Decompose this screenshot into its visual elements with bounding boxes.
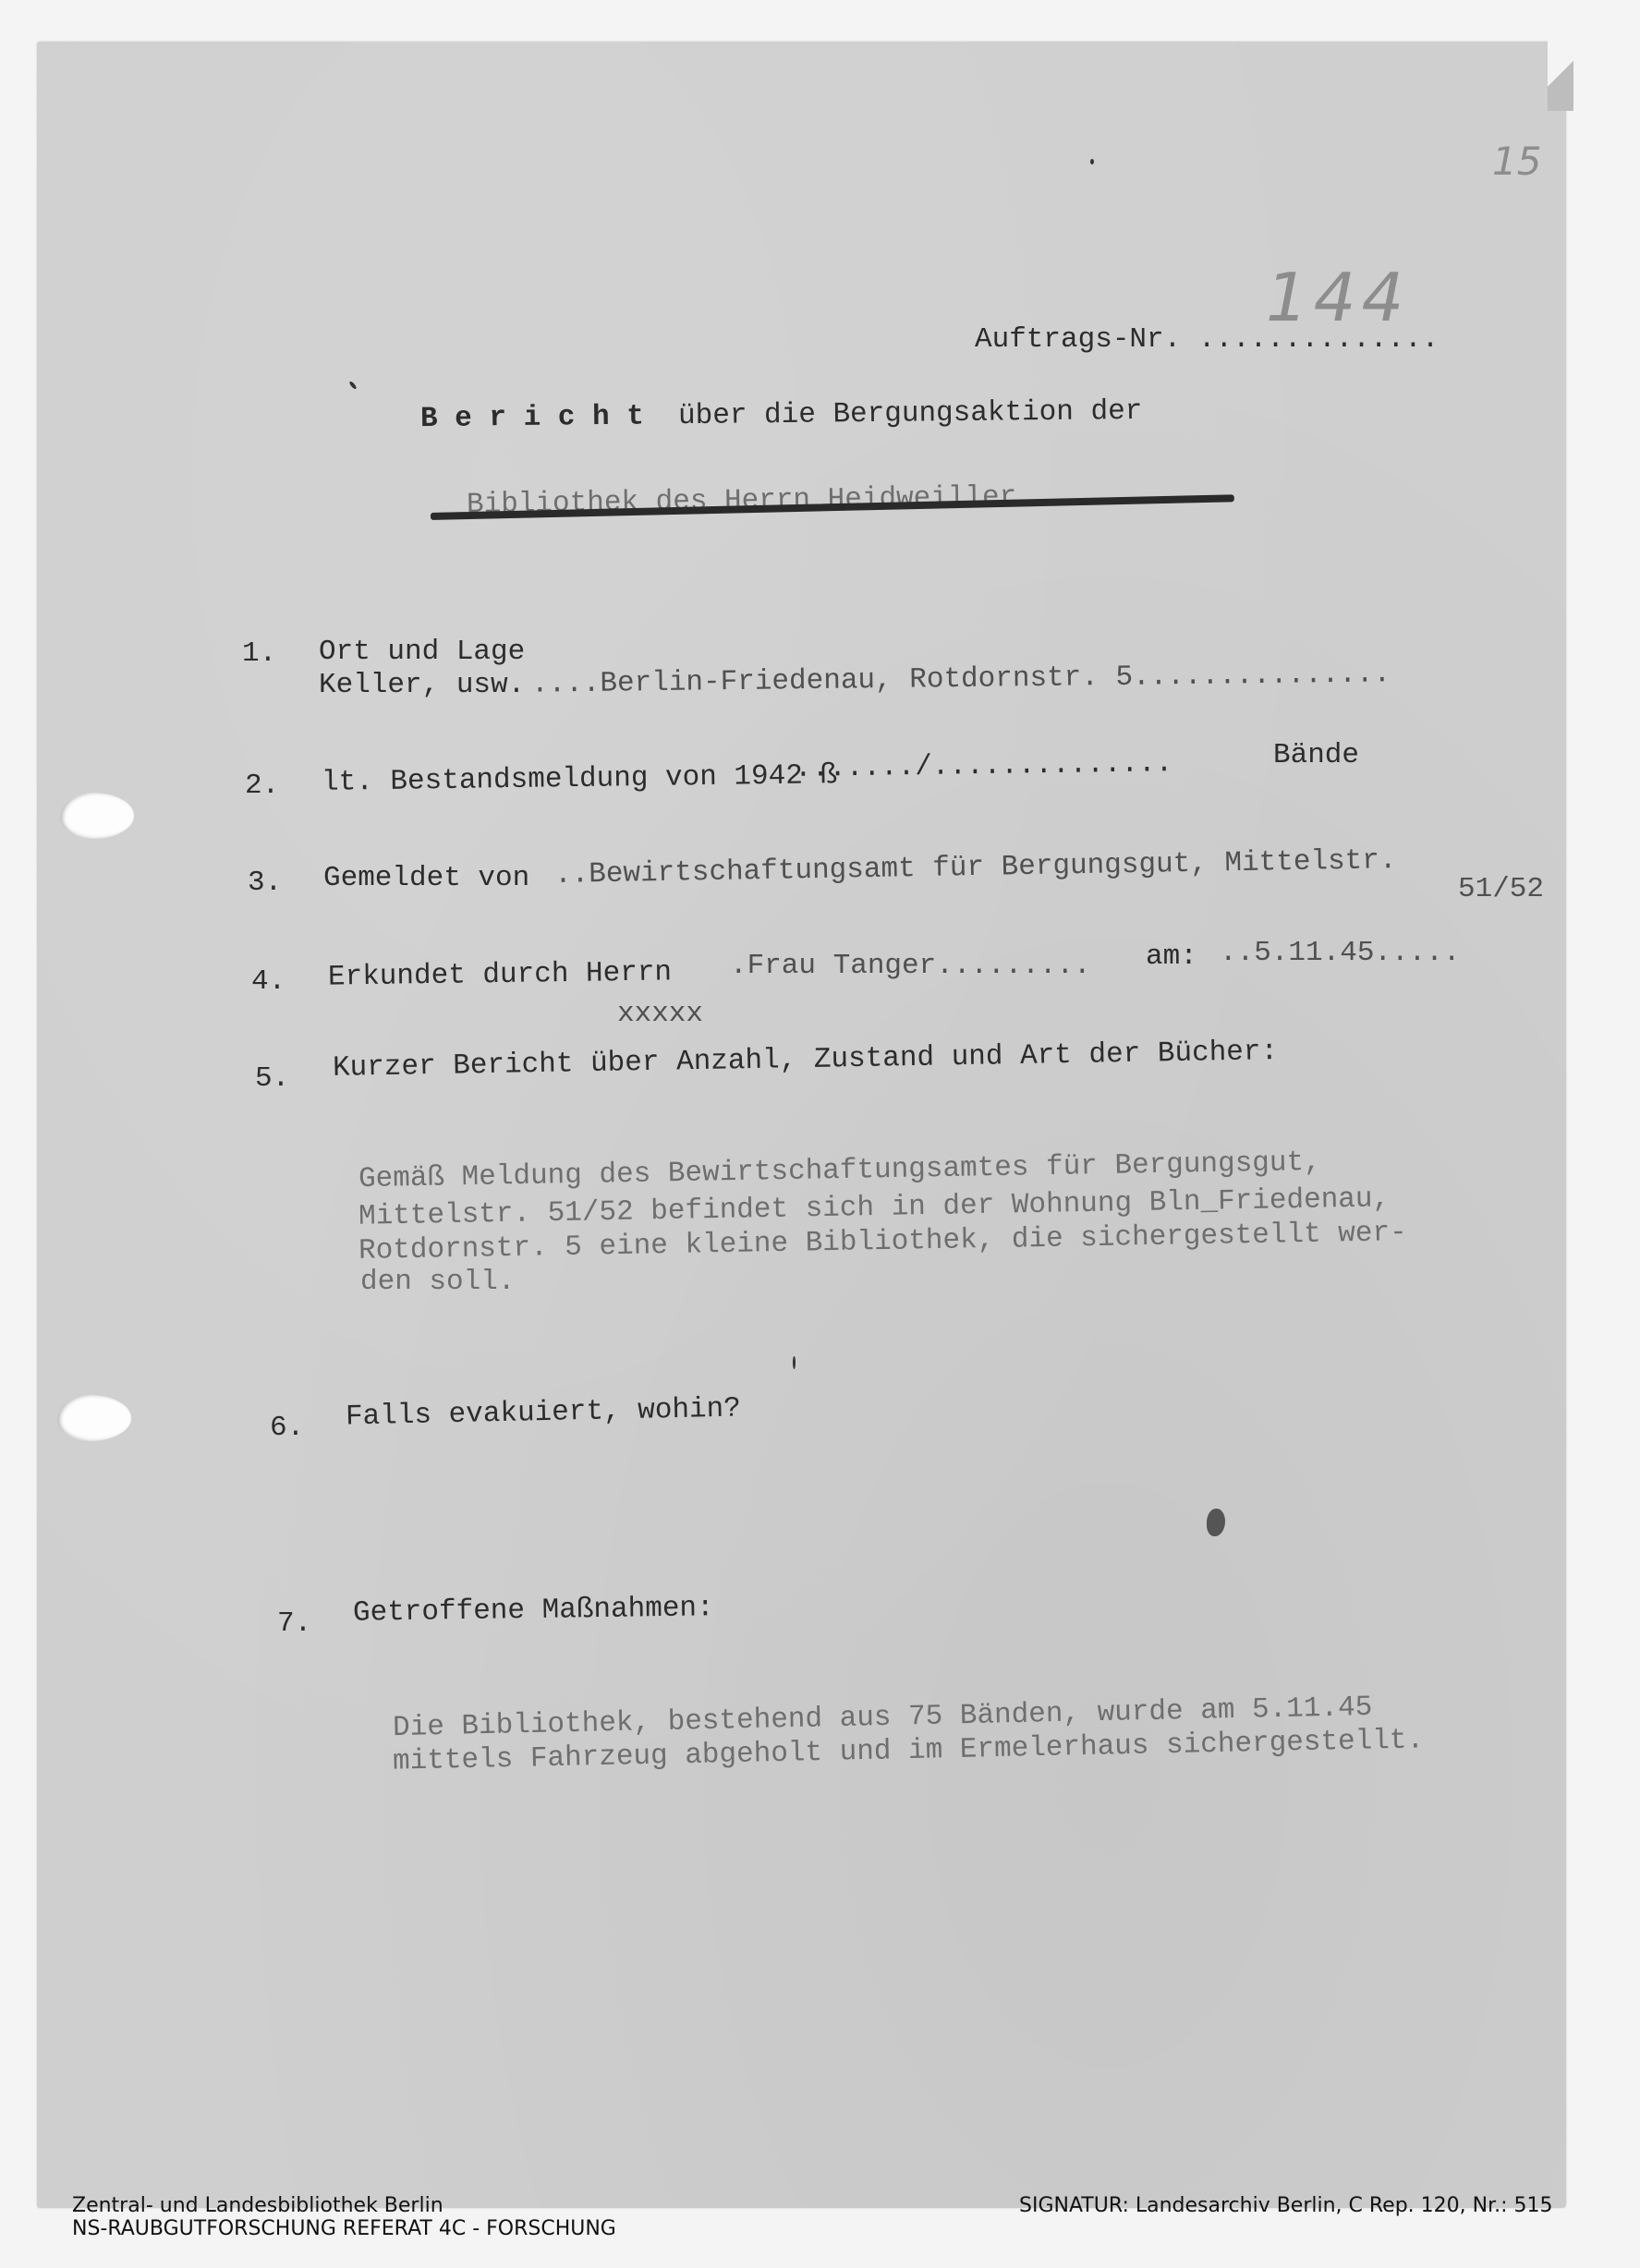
item-1-label-line2: Keller, usw. (319, 669, 525, 701)
item-5-number: 5. (255, 1062, 289, 1095)
item-6-number: 6. (270, 1412, 304, 1444)
footer-signature: SIGNATUR: Landesarchiv Berlin, C Rep. 12… (1019, 2194, 1553, 2217)
item-3-number: 3. (248, 867, 282, 899)
report-title-spaced: B e r i c h t (420, 401, 644, 436)
item-4-date-label: am: (1146, 940, 1197, 973)
item-4-date-value: ..5.11.45..... (1220, 937, 1460, 969)
item-4-label: Erkundet durch Herrn (328, 956, 673, 993)
footer-institution: Zentral- und Landesbibliothek Berlin NS-… (72, 2194, 616, 2240)
item-4-value: .Frau Tanger......... (730, 950, 1091, 982)
item-4-number: 4. (251, 965, 285, 998)
item-3-value-continued: 51/52 (1458, 873, 1544, 905)
item-4-strikeout: xxxxx (617, 998, 703, 1030)
ink-speck (1090, 159, 1094, 164)
report-title-rest: über die Bergungsaktion der (678, 395, 1143, 432)
item-2-suffix: Bände (1273, 739, 1359, 771)
handwritten-page-number: 15 (1492, 139, 1541, 184)
item-7-number: 7. (277, 1607, 311, 1640)
item-2-number: 2. (245, 770, 279, 802)
footer-department: NS-RAUBGUTFORSCHUNG REFERAT 4C - FORSCHU… (72, 2217, 616, 2240)
item-1-label-line1: Ort und Lage (319, 636, 525, 668)
item-1-number: 1. (242, 637, 276, 670)
item-3-label: Gemeldet von (323, 862, 529, 894)
item-7-label: Getroffene Maßnahmen: (353, 1592, 714, 1629)
ink-speck (793, 1356, 796, 1369)
item-5-body-line: den soll. (360, 1266, 515, 1298)
order-number-label: Auftrags-Nr. .............. (975, 323, 1439, 356)
footer-archive-reference: SIGNATUR: Landesarchiv Berlin, C Rep. 12… (1019, 2194, 1553, 2217)
paper-corner-fold (1548, 37, 1573, 111)
scanned-paper-sheet (37, 42, 1566, 2208)
item-2-value: ......./.............. (795, 747, 1173, 785)
footer-library-name: Zentral- und Landesbibliothek Berlin (72, 2194, 616, 2217)
